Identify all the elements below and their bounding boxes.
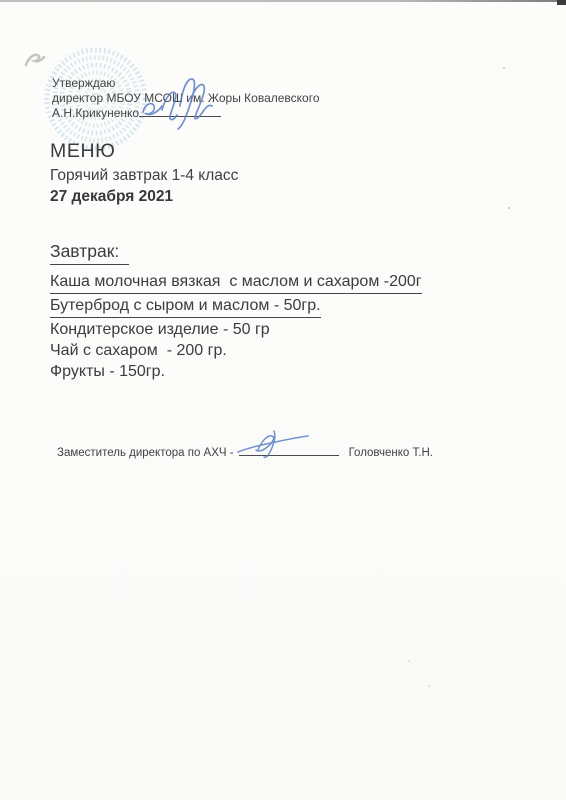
deputy-label: Заместитель директора по АХЧ -	[57, 447, 234, 459]
deputy-signer-name: Головченко Т.Н.	[349, 447, 433, 459]
menu-item-text: Фрукты - 150гр.	[50, 363, 165, 380]
menu-item: Фрукты - 150гр.	[50, 361, 422, 382]
menu-item-text: Бутерброд с сыром и маслом - 50гр.	[50, 295, 321, 318]
deputy-signature-icon	[234, 428, 312, 462]
scan-artifact-corner	[557, 0, 566, 5]
scan-speck	[428, 685, 430, 687]
menu-item-text: Чай с сахаром - 200 гр.	[50, 342, 227, 359]
menu-date: 27 декабря 2021	[50, 188, 238, 206]
scan-artifact-top-line	[0, 0, 566, 2]
menu-item: Каша молочная вязкая с маслом и сахаром …	[50, 271, 422, 294]
menu-subtitle: Горячий завтрак 1-4 класс	[50, 167, 238, 185]
meal-section-heading: Завтрак:	[50, 241, 129, 265]
director-name: А.Н.Крикуненко	[52, 106, 139, 120]
director-signature-icon	[136, 76, 226, 134]
scanned-menu-document: { "document": { "approval": { "line1": "…	[0, 0, 566, 800]
page-title: МЕНЮ	[50, 140, 238, 163]
menu-item: Кондитерское изделие - 50 гр	[50, 319, 422, 340]
scan-speck	[408, 660, 410, 662]
scan-blemish-mark	[24, 51, 46, 69]
menu-item-text: Кондитерское изделие - 50 гр	[50, 321, 270, 338]
meal-section-heading-text: Завтрак:	[50, 241, 129, 265]
menu-items-list: Каша молочная вязкая с маслом и сахаром …	[50, 271, 422, 382]
title-block: МЕНЮ Горячий завтрак 1-4 класс 27 декабр…	[50, 140, 238, 206]
menu-item: Бутерброд с сыром и маслом - 50гр.	[50, 295, 422, 318]
scan-speck	[508, 207, 510, 209]
scan-speck	[503, 67, 505, 69]
menu-item-text: Каша молочная вязкая с маслом и сахаром …	[50, 271, 422, 294]
menu-item: Чай с сахаром - 200 гр.	[50, 340, 422, 361]
